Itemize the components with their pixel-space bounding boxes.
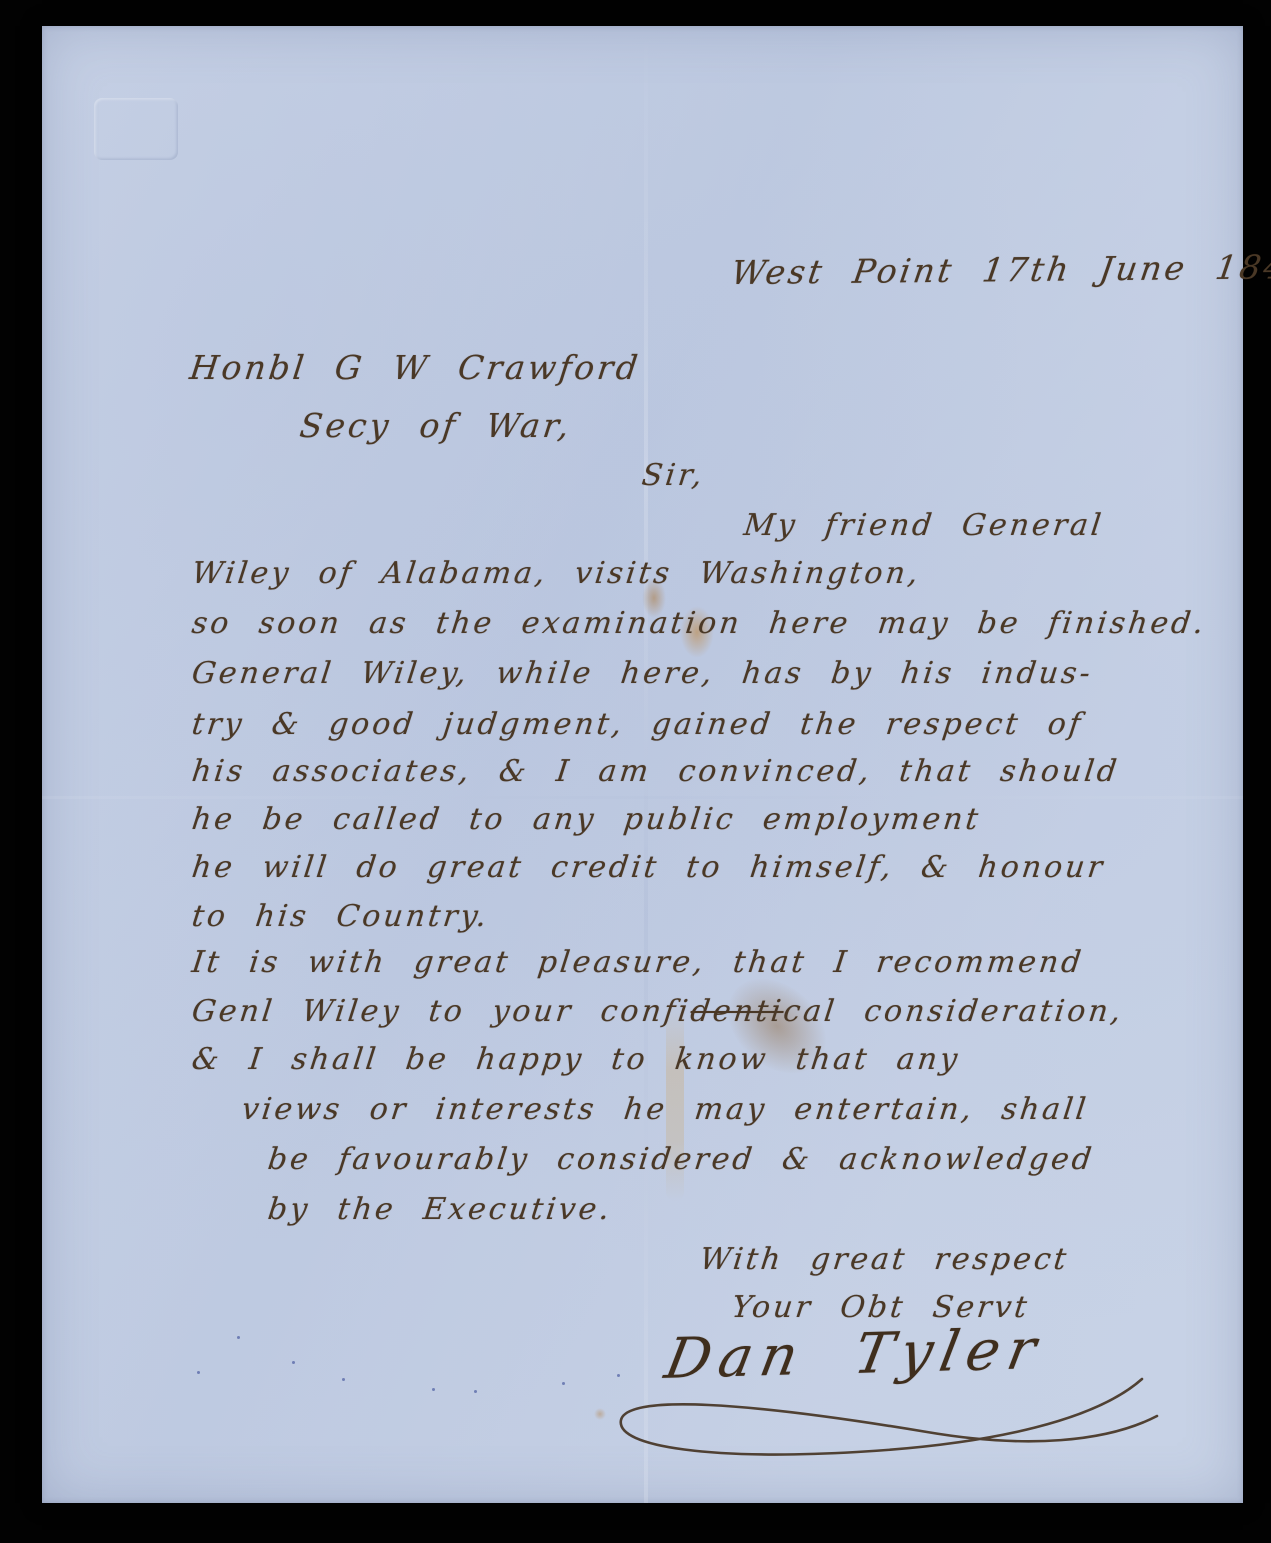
- letter-line: be favourably considered & acknowledged: [266, 1142, 1096, 1177]
- ink-speck: [342, 1378, 345, 1381]
- strike-line-pre: Genl Wiley to your confi: [190, 994, 693, 1029]
- letter-line: he be called to any public employment: [190, 802, 983, 837]
- letter-line: so soon as the examination here may be f…: [190, 606, 1208, 641]
- salutation: Sir,: [640, 458, 707, 493]
- ink-speck: [197, 1371, 200, 1374]
- letter-line-with-strikethrough: Genl Wiley to your confidentical conside…: [190, 994, 1126, 1029]
- letter-line: he will do great credit to himself, & ho…: [190, 850, 1107, 885]
- strike-line-post: cal consideration,: [781, 994, 1125, 1029]
- letter-page: West Point 17th June 1849. Honbl G W Cra…: [42, 26, 1243, 1503]
- letter-line: to his Country.: [190, 899, 491, 934]
- ink-speck: [432, 1388, 435, 1391]
- closing-respect: With great respect: [698, 1242, 1071, 1277]
- scan-background: West Point 17th June 1849. Honbl G W Cra…: [0, 0, 1271, 1543]
- letter-line: Wiley of Alabama, visits Washington,: [190, 556, 923, 591]
- embossed-paper-stamp: [94, 98, 178, 160]
- struck-word: denti: [689, 994, 786, 1029]
- letter-line: It is with great pleasure, that I recomm…: [190, 945, 1086, 980]
- letter-dateline: West Point 17th June 1849.: [729, 247, 1271, 292]
- ink-speck: [562, 1382, 565, 1385]
- recipient-name: Honbl G W Crawford: [188, 348, 643, 387]
- recipient-title: Secy of War,: [298, 406, 574, 445]
- letter-line: My friend General: [742, 508, 1106, 543]
- letter-line: try & good judgment, gained the respect …: [190, 707, 1085, 742]
- signature-flourish: [597, 1344, 1177, 1504]
- horizontal-fold-crease: [42, 796, 1243, 799]
- letter-line: by the Executive.: [266, 1192, 614, 1227]
- letter-line: views or interests he may entertain, sha…: [240, 1092, 1091, 1127]
- ink-speck: [474, 1390, 477, 1393]
- ink-speck: [237, 1336, 240, 1339]
- letter-line: his associates, & I am convinced, that s…: [190, 754, 1122, 789]
- letter-line: & I shall be happy to know that any: [190, 1042, 962, 1077]
- letter-line: General Wiley, while here, has by his in…: [190, 656, 1095, 691]
- ink-speck: [292, 1361, 295, 1364]
